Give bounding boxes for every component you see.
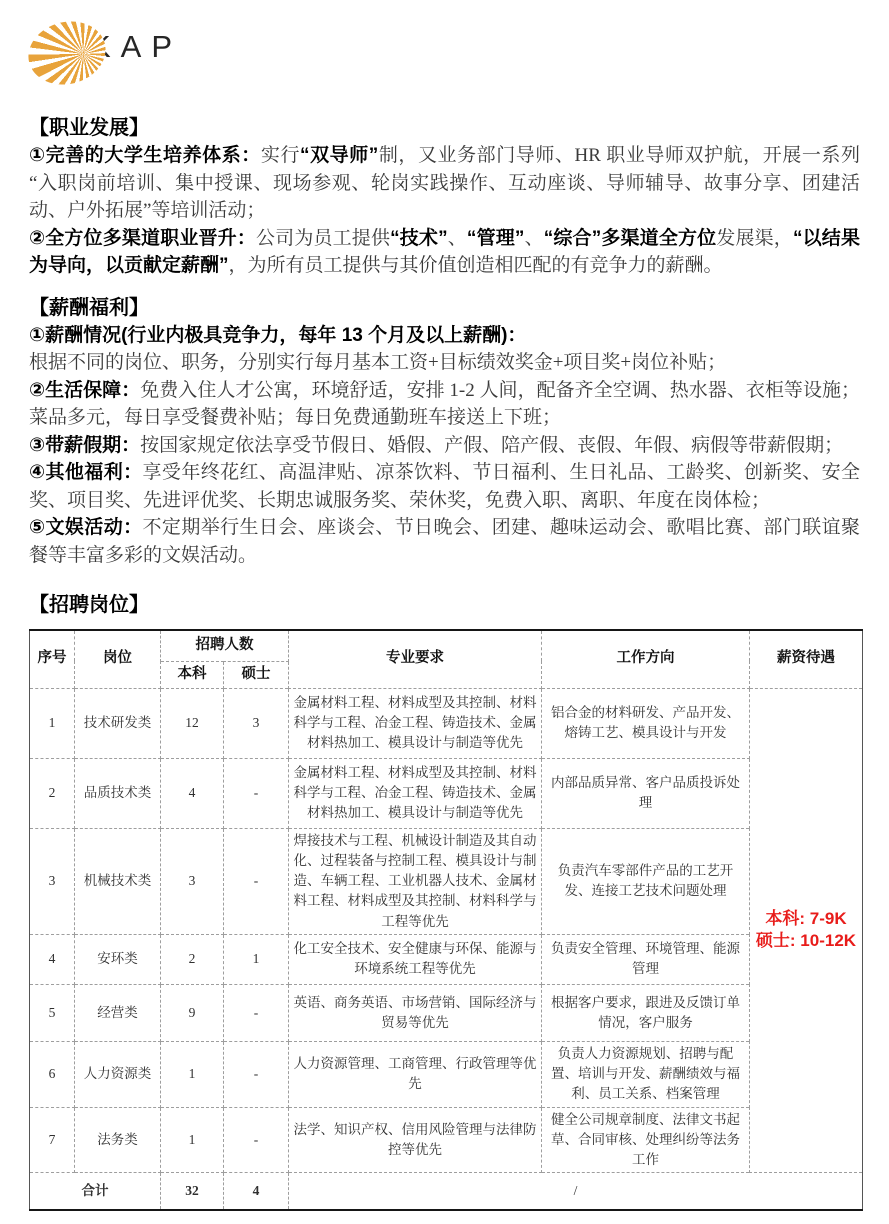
salary-note-bachelor: 本科: 7-9K <box>753 908 859 930</box>
text-run: 不定期举行生日会、座谈会、节日晚会、团建、趣味运动会、歌唱比赛、部门联谊聚餐等丰… <box>29 517 860 566</box>
row-position: 人力资源类 <box>75 1041 161 1107</box>
bold-text-run: ②全方位多渠道职业晋升： <box>29 228 256 249</box>
row-bachelor-count: 12 <box>161 688 224 758</box>
row-work-direction: 根据客户要求，跟进及反馈订单情况，客户服务 <box>542 984 750 1041</box>
row-no: 7 <box>30 1107 75 1173</box>
row-bachelor-count: 3 <box>161 828 224 934</box>
row-master-count: - <box>224 1041 289 1107</box>
col-header-position: 岗位 <box>75 630 161 688</box>
section-benefits-body: ①薪酬情况(行业内极具竞争力，每年 13 个月及以上薪酬)：根据不同的岗位、职务… <box>29 322 860 570</box>
bold-text-run: “综合”多渠道全方位 <box>544 228 717 249</box>
document-content: 【职业发展】 ①完善的大学生培养体系：实行“双导师”制，又业务部门导师、HR 职… <box>0 114 889 1211</box>
col-header-headcount: 招聘人数 <box>161 630 289 661</box>
row-master-count: - <box>224 984 289 1041</box>
total-slash: / <box>289 1173 863 1210</box>
career-paragraph-2: ②全方位多渠道职业晋升：公司为员工提供“技术”、“管理”、“综合”多渠道全方位发… <box>29 225 860 280</box>
row-major-requirements: 金属材料工程、材料成型及其控制、材料科学与工程、冶金工程、铸造技术、金属材料热加… <box>289 688 542 758</box>
col-header-major: 专业要求 <box>289 630 542 688</box>
row-major-requirements: 英语、商务英语、市场营销、国际经济与贸易等优先 <box>289 984 542 1041</box>
position-row-2: 2品质技术类4-金属材料工程、材料成型及其控制、材料科学与工程、冶金工程、铸造技… <box>30 758 863 828</box>
benefits-paragraph-4: ③带薪假期：按国家规定依法享受节假日、婚假、产假、陪产假、丧假、年假、病假等带薪… <box>29 432 860 460</box>
row-no: 3 <box>30 828 75 934</box>
sunburst-logo-icon <box>22 13 113 92</box>
position-row-4: 4安环类21化工安全技术、安全健康与环保、能源与环境系统工程等优先负责安全管理、… <box>30 934 863 984</box>
bold-text-run: “技术” <box>390 228 447 249</box>
section-benefits: 【薪酬福利】 ①薪酬情况(行业内极具竞争力，每年 13 个月及以上薪酬)：根据不… <box>29 294 860 570</box>
bold-text-run: ②生活保障： <box>29 380 140 401</box>
row-master-count: 1 <box>224 934 289 984</box>
row-position: 机械技术类 <box>75 828 161 934</box>
bold-text-run: ①完善的大学生培养体系： <box>29 145 261 166</box>
total-master-count: 4 <box>224 1173 289 1210</box>
col-header-direction: 工作方向 <box>542 630 750 688</box>
row-no: 1 <box>30 688 75 758</box>
career-paragraph-1: ①完善的大学生培养体系：实行“双导师”制，又业务部门导师、HR 职业导师双护航，… <box>29 142 860 225</box>
text-run: 实行 <box>261 145 300 166</box>
text-run: 、 <box>524 228 543 249</box>
benefits-paragraph-5: ④其他福利：享受年终花红、高温津贴、凉茶饮料、节日福利、生日礼品、工龄奖、创新奖… <box>29 459 860 514</box>
logo: KAP <box>28 16 889 102</box>
salary-cell: 本科: 7-9K硕士: 10-12K <box>750 688 863 1173</box>
section-career: 【职业发展】 ①完善的大学生培养体系：实行“双导师”制，又业务部门导师、HR 职… <box>29 114 860 280</box>
row-work-direction: 负责人力资源规划、招聘与配置、培训与开发、薪酬绩效与福利、员工关系、档案管理 <box>542 1041 750 1107</box>
text-run: ，为所有员工提供与其价值创造相匹配的有竞争力的薪酬。 <box>229 255 723 276</box>
bold-text-run: ①薪酬情况(行业内极具竞争力，每年 13 个月及以上薪酬)： <box>29 325 526 346</box>
col-header-bachelor: 本科 <box>161 661 224 688</box>
recruitment-table-body: 1技术研发类123金属材料工程、材料成型及其控制、材料科学与工程、冶金工程、铸造… <box>30 688 863 1173</box>
text-run: 根据不同的岗位、职务，分别实行每月基本工资+目标绩效奖金+项目奖+岗位补贴； <box>29 352 726 373</box>
recruitment-table-footer: 合计 32 4 / <box>30 1173 863 1210</box>
total-row: 合计 32 4 / <box>30 1173 863 1210</box>
text-run: 享受年终花红、高温津贴、凉茶饮料、节日福利、生日礼品、工龄奖、创新奖、安全奖、项… <box>29 462 860 511</box>
salary-note-master: 硕士: 10-12K <box>753 930 859 952</box>
row-work-direction: 铝合金的材料研发、产品开发、熔铸工艺、模具设计与开发 <box>542 688 750 758</box>
total-label: 合计 <box>30 1173 161 1210</box>
row-no: 4 <box>30 934 75 984</box>
bold-text-run: “管理” <box>467 228 524 249</box>
row-no: 2 <box>30 758 75 828</box>
text-run: 按国家规定依法享受节假日、婚假、产假、陪产假、丧假、年假、病假等带薪假期； <box>140 435 843 456</box>
text-run: 免费入住人才公寓，环境舒适，安排 1-2 人间，配备齐全空调、热水器、衣柜等设施… <box>29 380 860 429</box>
row-work-direction: 健全公司规章制度、法律文书起草、合同审核、处理纠纷等法务工作 <box>542 1107 750 1173</box>
section-title-benefits: 【薪酬福利】 <box>29 294 860 322</box>
benefits-paragraph-6: ⑤文娱活动：不定期举行生日会、座谈会、节日晚会、团建、趣味运动会、歌唱比赛、部门… <box>29 514 860 569</box>
bold-text-run: ③带薪假期： <box>29 435 140 456</box>
row-bachelor-count: 9 <box>161 984 224 1041</box>
row-no: 5 <box>30 984 75 1041</box>
recruitment-table: 序号 岗位 招聘人数 专业要求 工作方向 薪资待遇 本科 硕士 1技术研发类12… <box>29 629 863 1211</box>
bold-text-run: ④其他福利： <box>29 462 143 483</box>
row-bachelor-count: 4 <box>161 758 224 828</box>
row-position: 法务类 <box>75 1107 161 1173</box>
row-major-requirements: 法学、知识产权、信用风险管理与法律防控等优先 <box>289 1107 542 1173</box>
row-position: 技术研发类 <box>75 688 161 758</box>
row-no: 6 <box>30 1041 75 1107</box>
bold-text-run: “双导师” <box>300 145 378 166</box>
text-run: 发展渠， <box>716 228 793 249</box>
row-master-count: 3 <box>224 688 289 758</box>
row-master-count: - <box>224 1107 289 1173</box>
row-work-direction: 负责汽车零部件产品的工艺开发、连接工艺技术问题处理 <box>542 828 750 934</box>
row-bachelor-count: 1 <box>161 1107 224 1173</box>
col-header-salary: 薪资待遇 <box>750 630 863 688</box>
row-master-count: - <box>224 828 289 934</box>
section-recruitment: 【招聘岗位】 序号 岗位 招聘人数 专业要求 工作方向 薪资待遇 <box>29 591 860 1211</box>
row-work-direction: 内部品质异常、客户品质投诉处理 <box>542 758 750 828</box>
row-master-count: - <box>224 758 289 828</box>
row-position: 经营类 <box>75 984 161 1041</box>
row-major-requirements: 化工安全技术、安全健康与环保、能源与环境系统工程等优先 <box>289 934 542 984</box>
position-row-5: 5经营类9-英语、商务英语、市场营销、国际经济与贸易等优先根据客户要求，跟进及反… <box>30 984 863 1041</box>
row-major-requirements: 焊接技术与工程、机械设计制造及其自动化、过程装备与控制工程、模具设计与制造、车辆… <box>289 828 542 934</box>
document-page: KAP 【职业发展】 ①完善的大学生培养体系：实行“双导师”制，又业务部门导师、… <box>0 0 889 1224</box>
row-position: 品质技术类 <box>75 758 161 828</box>
row-major-requirements: 人力资源管理、工商管理、行政管理等优先 <box>289 1041 542 1107</box>
row-major-requirements: 金属材料工程、材料成型及其控制、材料科学与工程、冶金工程、铸造技术、金属材料热加… <box>289 758 542 828</box>
section-title-recruitment: 【招聘岗位】 <box>29 591 860 619</box>
row-work-direction: 负责安全管理、环境管理、能源管理 <box>542 934 750 984</box>
benefits-paragraph-1: ①薪酬情况(行业内极具竞争力，每年 13 个月及以上薪酬)： <box>29 322 860 350</box>
total-bachelor-count: 32 <box>161 1173 224 1210</box>
position-row-7: 7法务类1-法学、知识产权、信用风险管理与法律防控等优先健全公司规章制度、法律文… <box>30 1107 863 1173</box>
section-title-career: 【职业发展】 <box>29 114 860 142</box>
col-header-no: 序号 <box>30 630 75 688</box>
row-bachelor-count: 2 <box>161 934 224 984</box>
text-run: 公司为员工提供 <box>256 228 390 249</box>
text-run: 、 <box>448 228 467 249</box>
section-career-body: ①完善的大学生培养体系：实行“双导师”制，又业务部门导师、HR 职业导师双护航，… <box>29 142 860 280</box>
position-row-6: 6人力资源类1-人力资源管理、工商管理、行政管理等优先负责人力资源规划、招聘与配… <box>30 1041 863 1107</box>
position-row-1: 1技术研发类123金属材料工程、材料成型及其控制、材料科学与工程、冶金工程、铸造… <box>30 688 863 758</box>
row-position: 安环类 <box>75 934 161 984</box>
recruitment-table-header: 序号 岗位 招聘人数 专业要求 工作方向 薪资待遇 本科 硕士 <box>30 630 863 688</box>
row-bachelor-count: 1 <box>161 1041 224 1107</box>
benefits-paragraph-3: ②生活保障：免费入住人才公寓，环境舒适，安排 1-2 人间，配备齐全空调、热水器… <box>29 377 860 432</box>
bold-text-run: ⑤文娱活动： <box>29 517 143 538</box>
position-row-3: 3机械技术类3-焊接技术与工程、机械设计制造及其自动化、过程装备与控制工程、模具… <box>30 828 863 934</box>
benefits-paragraph-2: 根据不同的岗位、职务，分别实行每月基本工资+目标绩效奖金+项目奖+岗位补贴； <box>29 349 860 377</box>
col-header-master: 硕士 <box>224 661 289 688</box>
